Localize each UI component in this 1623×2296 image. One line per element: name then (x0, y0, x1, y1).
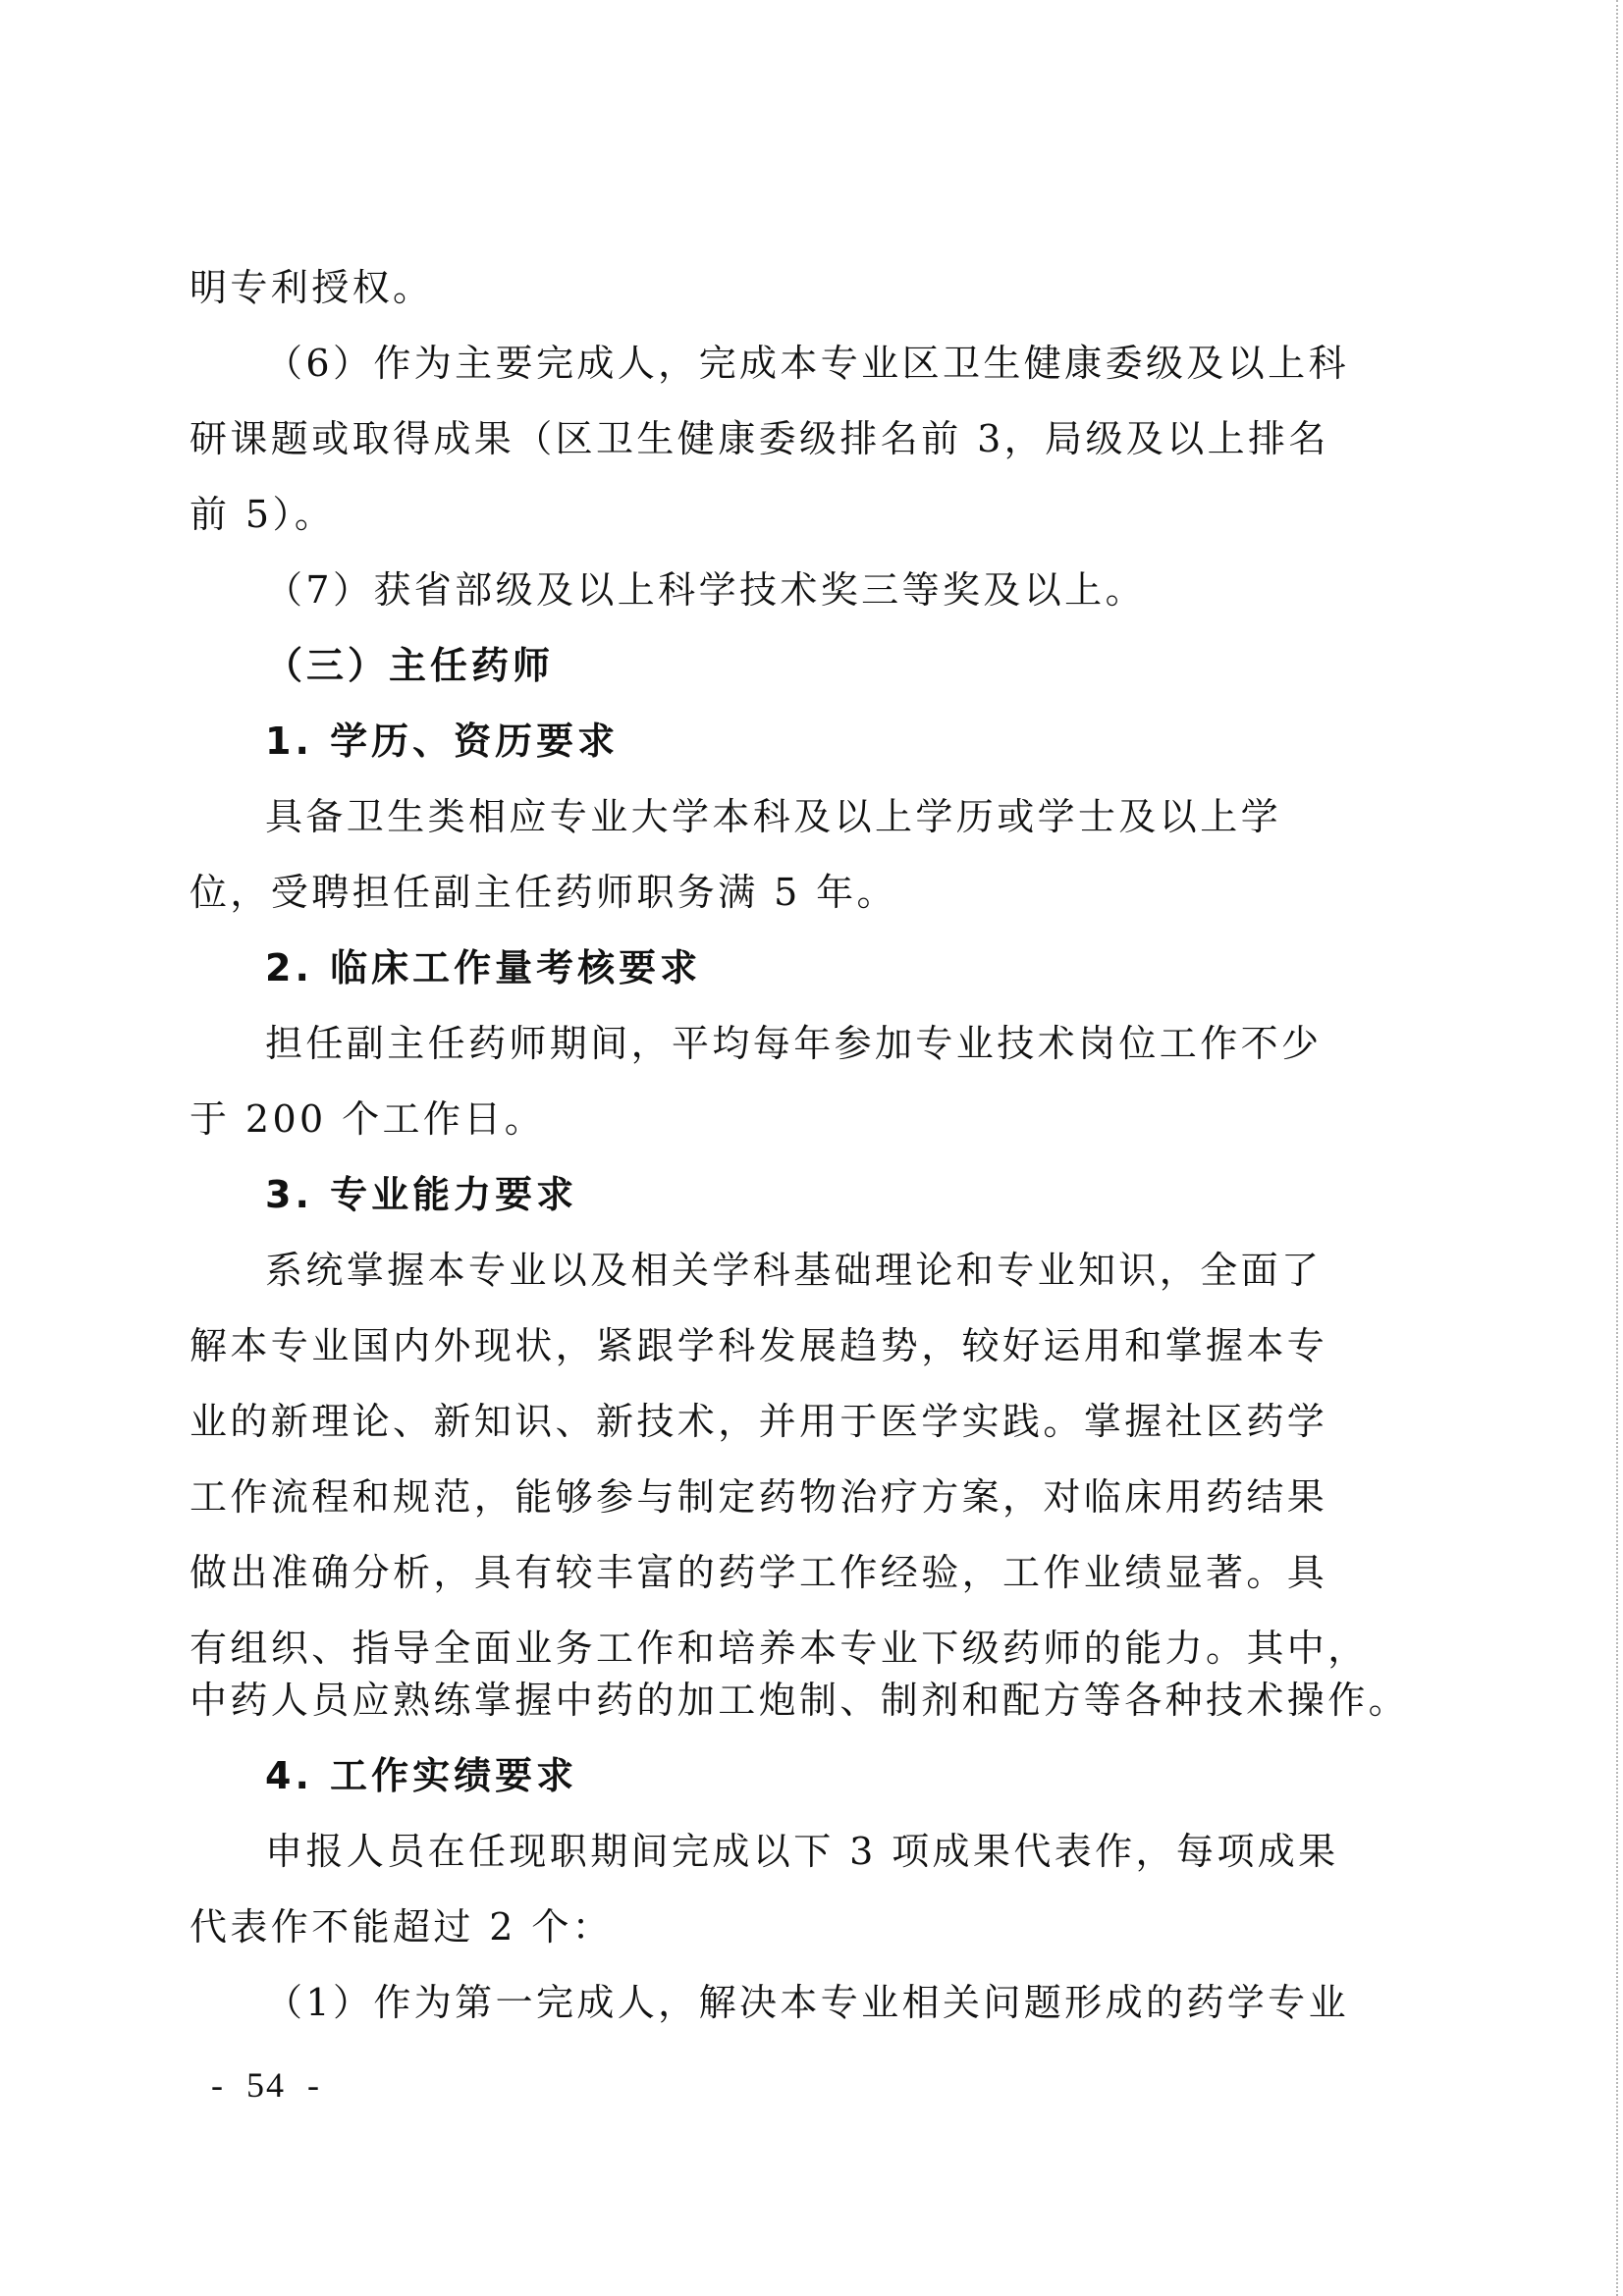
paragraph-line: 系统掌握本专业以及相关学科基础理论和专业知识，全面了 (265, 1246, 1463, 1295)
paragraph-line: 有组织、指导全面业务工作和培养本专业下级药师的能力。其中， (189, 1624, 1387, 1673)
paragraph-line: 代表作不能超过 2 个： (189, 1902, 1387, 1951)
text-line: 明专利授权。 (189, 263, 1387, 312)
subsection-heading-1: 1. 学历、资历要求 (265, 717, 1463, 766)
list-item-6: （6）作为主要完成人，完成本专业区卫生健康委级及以上科 (265, 339, 1463, 388)
text-line: 前 5）。 (189, 490, 1387, 539)
document-page: 明专利授权。 （6）作为主要完成人，完成本专业区卫生健康委级及以上科 研课题或取… (0, 0, 1623, 2296)
paragraph-line: 解本专业国内外现状，紧跟学科发展趋势，较好运用和掌握本专 (189, 1321, 1387, 1370)
subsection-heading-2: 2. 临床工作量考核要求 (265, 943, 1463, 992)
subsection-heading-3: 3. 专业能力要求 (265, 1170, 1463, 1219)
text-line: 研课题或取得成果（区卫生健康委级排名前 3，局级及以上排名 (189, 414, 1387, 463)
scan-edge-line (1616, 0, 1618, 2296)
paragraph-line: 工作流程和规范，能够参与制定药物治疗方案，对临床用药结果 (189, 1472, 1387, 1522)
list-item-7: （7）获省部级及以上科学技术奖三等奖及以上。 (265, 565, 1463, 614)
paragraph-line: 中药人员应熟练掌握中药的加工炮制、制剂和配方等各种技术操作。 (189, 1676, 1387, 1725)
page-number: - 54 - (211, 2064, 321, 2106)
paragraph-line: 具备卫生类相应专业大学本科及以上学历或学士及以上学 (265, 792, 1463, 841)
paragraph-line: 业的新理论、新知识、新技术，并用于医学实践。掌握社区药学 (189, 1397, 1387, 1446)
paragraph-line: 于 200 个工作日。 (189, 1095, 1387, 1144)
paragraph-line: 申报人员在任现职期间完成以下 3 项成果代表作，每项成果 (265, 1827, 1463, 1876)
paragraph-line: 位，受聘担任副主任药师职务满 5 年。 (189, 868, 1387, 917)
paragraph-line: 担任副主任药师期间，平均每年参加专业技术岗位工作不少 (265, 1019, 1463, 1068)
subsection-heading-4: 4. 工作实绩要求 (265, 1751, 1463, 1800)
paragraph-line: 做出准确分析，具有较丰富的药学工作经验，工作业绩显著。具 (189, 1548, 1387, 1597)
section-heading: （三）主任药师 (265, 641, 1463, 690)
list-item-1: （1）作为第一完成人，解决本专业相关问题形成的药学专业 (265, 1978, 1463, 2027)
